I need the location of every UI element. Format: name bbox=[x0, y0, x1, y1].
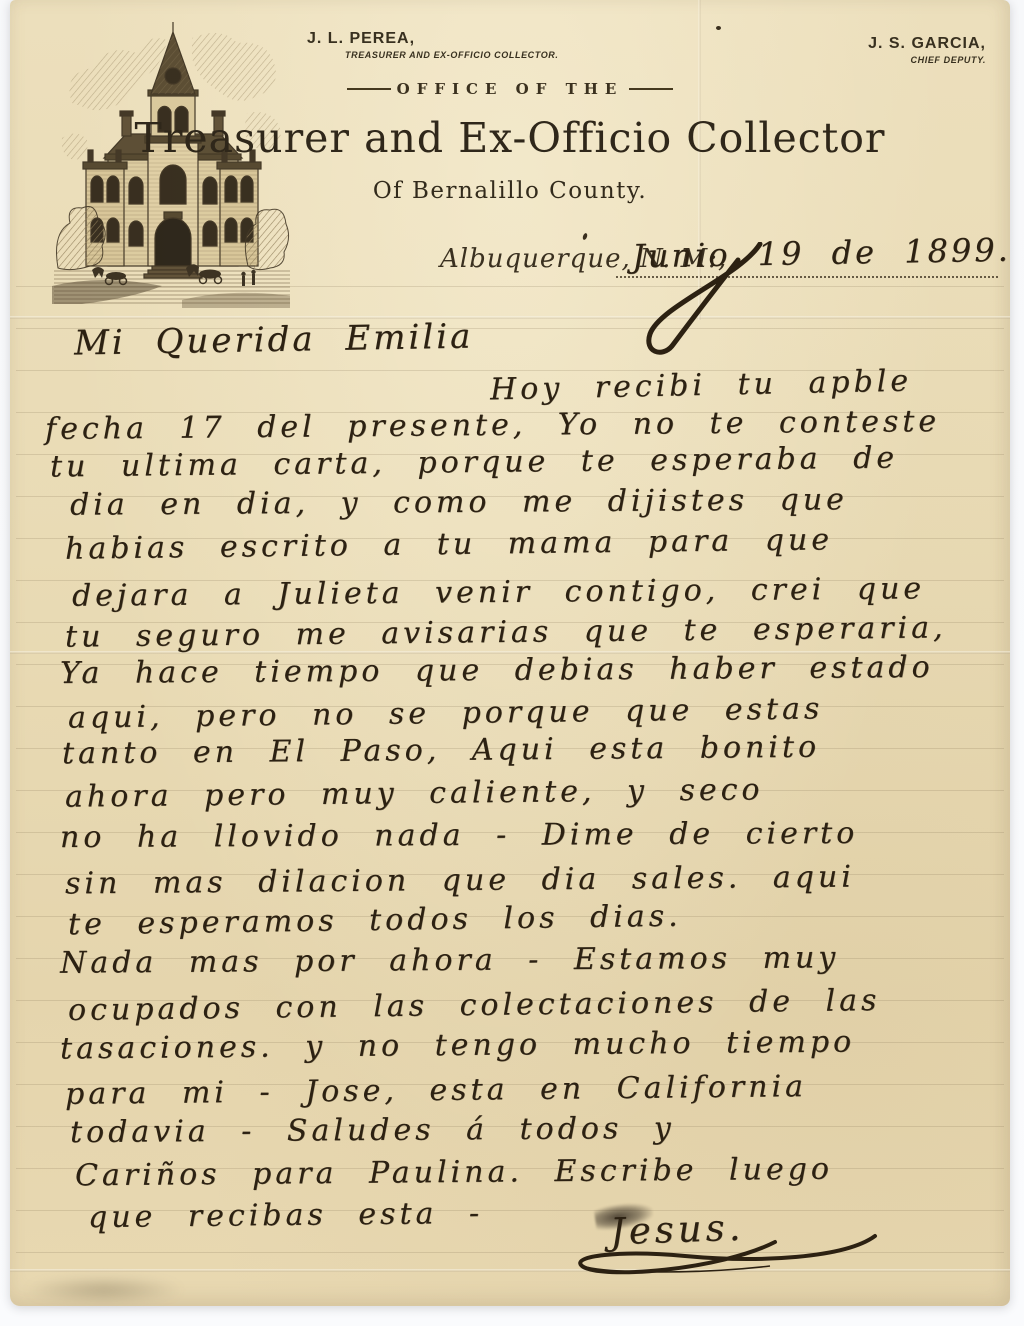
letter-line-03: tu ultima carta, porque te esperaba de bbox=[50, 441, 898, 485]
letter-line-02: fecha 17 del presente, Yo no te conteste bbox=[45, 404, 940, 447]
official-right-title: CHIEF DEPUTY. bbox=[868, 55, 986, 65]
office-of-the-text: OFFICE OF THE bbox=[397, 80, 624, 98]
official-right-name: J. S. GARCIA, bbox=[868, 35, 986, 53]
ink-speck bbox=[582, 233, 588, 241]
letterhead-subtitle: Of Bernalillo County. bbox=[10, 178, 1010, 204]
letter-line-07: tu seguro me avisarias que te esperaria, bbox=[65, 610, 947, 654]
official-left-name: J. L. PEREA, bbox=[307, 30, 559, 48]
letter-line-09: aqui, pero no se porque que estas bbox=[68, 691, 824, 735]
letter-line-10: tanto en El Paso, Aqui esta bonito bbox=[62, 730, 820, 772]
scanned-letter: J. L. PEREA, TREASURER AND EX-OFFICIO CO… bbox=[0, 0, 1024, 1326]
letter-line-13: sin mas dilacion que dia sales. aqui bbox=[65, 860, 855, 902]
letter-line-19: todavia - Saludes á todos y bbox=[70, 1111, 675, 1150]
fold-crease bbox=[10, 1269, 1010, 1272]
letter-line-15: Nada mas por ahora - Estamos muy bbox=[60, 940, 840, 980]
letterhead-title: Treasurer and Ex-Officio Collector bbox=[10, 114, 1010, 162]
letter-line-17: tasaciones. y no tengo mucho tiempo bbox=[60, 1025, 855, 1067]
letter-paper: J. L. PEREA, TREASURER AND EX-OFFICIO CO… bbox=[10, 0, 1010, 1306]
letter-line-01: Hoy recibi tu apble bbox=[490, 364, 913, 408]
official-left: J. L. PEREA, TREASURER AND EX-OFFICIO CO… bbox=[307, 30, 559, 60]
letter-line-18: para mi - Jose, esta en California bbox=[65, 1069, 807, 1112]
official-left-title: TREASURER AND EX-OFFICIO COLLECTOR. bbox=[345, 50, 559, 60]
letter-line-05: habias escrito a tu mama para que bbox=[65, 522, 833, 566]
smudge bbox=[24, 1276, 184, 1304]
letter-line-21: que recibas esta - bbox=[88, 1196, 483, 1235]
letter-line-11: ahora pero muy caliente, y seco bbox=[65, 772, 764, 814]
handwritten-date: Junio 19 de 1899. bbox=[632, 231, 1011, 276]
courthouse-engraving-icon bbox=[52, 18, 292, 310]
letter-line-06: dejara a Julieta venir contigo, crei que bbox=[72, 571, 925, 613]
letter-line-20: Cariños para Paulina. Escribe luego bbox=[75, 1152, 833, 1194]
office-of-the-line: OFFICE OF THE bbox=[10, 80, 1010, 98]
fold-crease bbox=[10, 316, 1010, 319]
rule-segment bbox=[347, 88, 391, 90]
rule-segment bbox=[629, 88, 673, 90]
letter-line-14: te esperamos todos los dias. bbox=[68, 899, 682, 943]
letter-line-16: ocupados con las colectaciones de las bbox=[68, 983, 881, 1028]
ink-speck bbox=[716, 26, 721, 30]
official-right: J. S. GARCIA, CHIEF DEPUTY. bbox=[868, 35, 986, 65]
letter-line-12: no ha llovido nada - Dime de cierto bbox=[60, 816, 858, 855]
letter-line-04: dia en dia, y como me dijistes que bbox=[70, 482, 848, 522]
letter-line-08: Ya hace tiempo que debias haber estado bbox=[60, 650, 934, 691]
signature: Jesus. bbox=[609, 1206, 745, 1254]
salutation: Mi Querida Emilia bbox=[74, 317, 474, 364]
dateline-dotted-rule bbox=[616, 276, 998, 278]
